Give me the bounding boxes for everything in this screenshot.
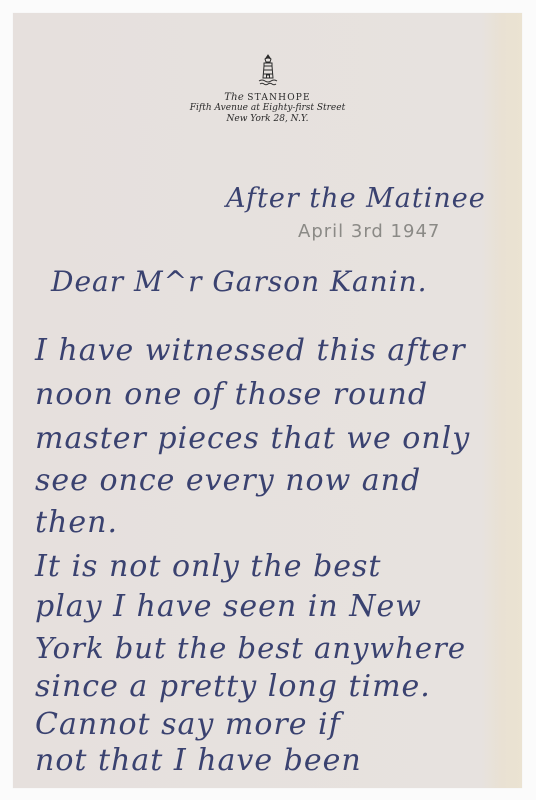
pencil-date-note: April 3rd 1947 (298, 221, 440, 242)
body-line: York but the best anywhere (35, 631, 466, 665)
heading-title: After the Matinee (226, 183, 486, 214)
hotel-name: The STANHOPE (13, 92, 522, 103)
body-line: see once every now and (35, 463, 421, 498)
body-line: master pieces that we only (35, 421, 470, 456)
body-line: then. (35, 505, 118, 540)
body-line: play I have seen in New (35, 589, 422, 624)
body-line: It is not only the best (35, 549, 381, 584)
letterhead: The STANHOPE Fifth Avenue at Eighty-firs… (13, 53, 522, 125)
body-line: Cannot say more if (35, 707, 341, 742)
body-line: not that I have been (35, 743, 362, 778)
lighthouse-crest-icon (256, 53, 280, 89)
salutation: Dear M^r Garson Kanin. (51, 265, 428, 298)
body-line: since a pretty long time. (35, 669, 431, 704)
body-line: noon one of those round (35, 377, 428, 412)
letter-page: The STANHOPE Fifth Avenue at Eighty-firs… (13, 13, 522, 788)
body-line: I have witnessed this after (35, 333, 466, 368)
address-line-1: Fifth Avenue at Eighty-first Street (13, 103, 522, 114)
address-line-2: New York 28, N.Y. (13, 114, 522, 125)
